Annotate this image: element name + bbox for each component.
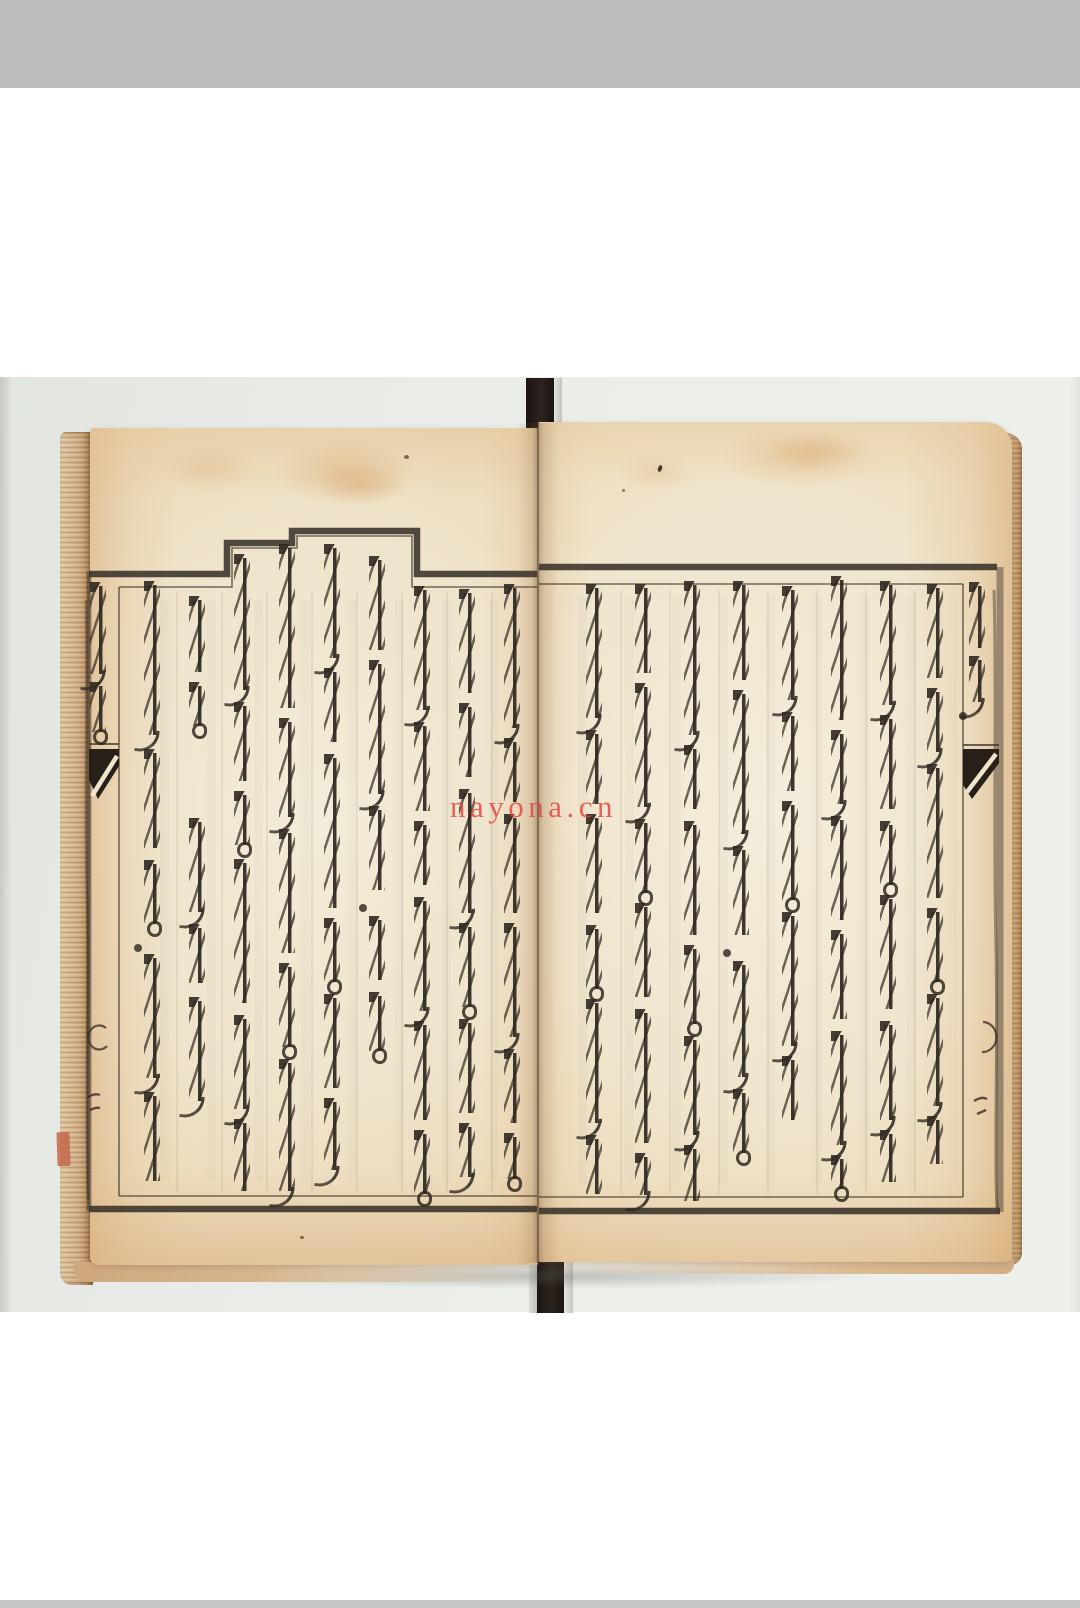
book-scan-photo: nayona.cn (0, 0, 1080, 1608)
left-page (90, 428, 538, 1265)
right-page (538, 422, 1012, 1262)
ink-speck (404, 455, 409, 459)
top-white-band (0, 88, 1080, 377)
red-edge-tab (56, 1132, 70, 1166)
top-gray-band (0, 0, 1080, 88)
bottom-page-edge-left (74, 1262, 538, 1282)
site-watermark: nayona.cn (450, 791, 617, 822)
foxing-speck (300, 1236, 304, 1239)
bottom-white-band (0, 1312, 1080, 1600)
bottom-gray-strip (0, 1600, 1080, 1608)
ink-speck (622, 489, 625, 492)
